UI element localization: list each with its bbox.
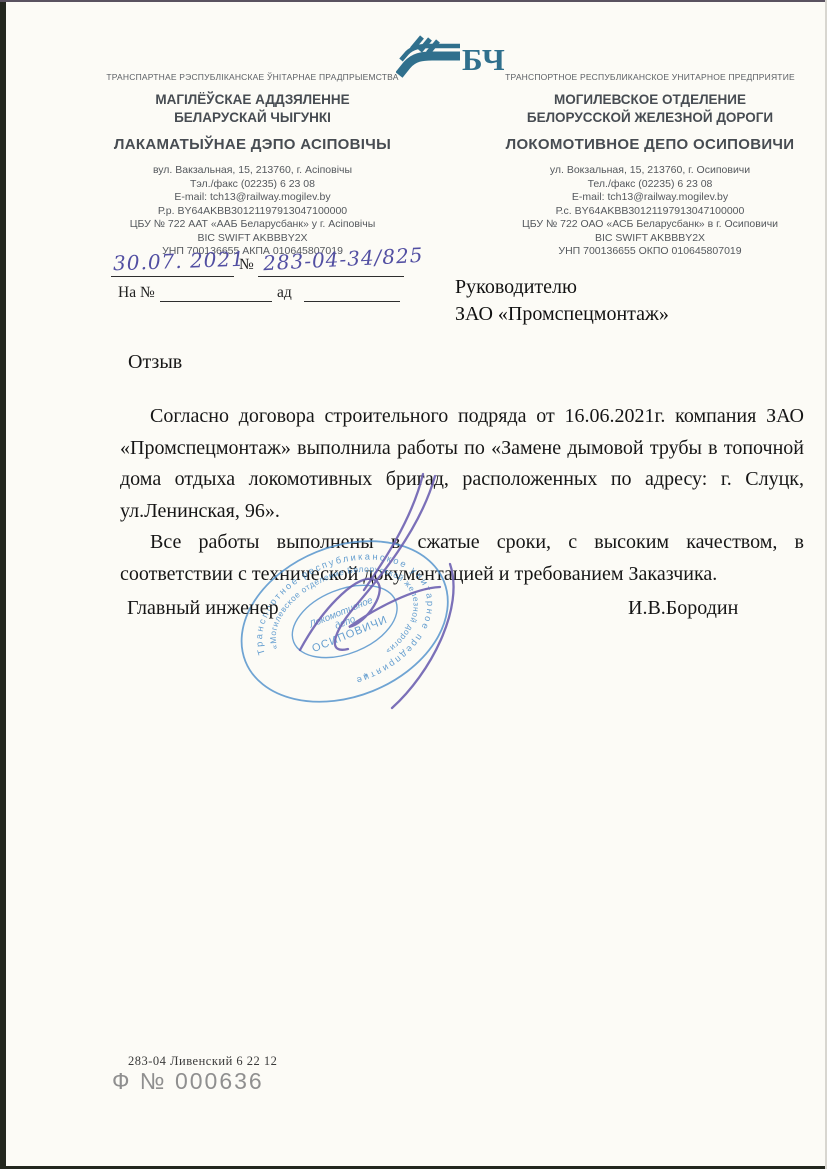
division-right-line2: БЕЛОРУССКОЙ ЖЕЛЕЗНОЙ ДОРОГИ bbox=[475, 109, 825, 127]
address-line: Тэл./факс (02235) 6 23 08 bbox=[70, 178, 435, 192]
address-line: E-mail: tch13@railway.mogilev.by bbox=[475, 191, 825, 205]
address-line: Тел./факс (02235) 6 23 08 bbox=[475, 178, 825, 192]
number-sign-label: № bbox=[239, 256, 254, 274]
address-line: Р.с. BY64AKBB30121197913047100000 bbox=[475, 205, 825, 219]
scan-edge-top bbox=[0, 0, 827, 2]
division-right-line1: МОГИЛЕВСКОЕ ОТДЕЛЕНИЕ bbox=[475, 91, 825, 109]
reply-number-underline bbox=[160, 301, 272, 302]
form-number: Ф № 000636 bbox=[112, 1068, 264, 1095]
org-type-right: ТРАНСПОРТНОЕ РЕСПУБЛИКАНСКОЕ УНИТАРНОЕ П… bbox=[475, 72, 825, 82]
signer-name: И.В.Бородин bbox=[628, 597, 738, 620]
handwritten-signature bbox=[278, 468, 503, 716]
address-line: ЦБУ № 722 ААТ «ААБ Беларусбанк» у г. Асі… bbox=[70, 218, 435, 232]
address-line: BIC SWIFT AKBBBY2X bbox=[70, 232, 435, 246]
depot-name-left: ЛАКАМАТЫЎНАЕ ДЭПО АСІПОВІЧЫ bbox=[70, 136, 435, 153]
division-right: МОГИЛЕВСКОЕ ОТДЕЛЕНИЕ БЕЛОРУССКОЙ ЖЕЛЕЗН… bbox=[475, 91, 825, 127]
depot-name-right: ЛОКОМОТИВНОЕ ДЕПО ОСИПОВИЧИ bbox=[475, 136, 825, 153]
signer-position: Главный инженер bbox=[127, 597, 279, 620]
handwritten-date: 30.07. 2021 bbox=[113, 247, 246, 276]
division-left-line2: БЕЛАРУСКАЙ ЧЫГУНКІ bbox=[70, 109, 435, 127]
executor-note: 283-04 Ливенский 6 22 12 bbox=[128, 1054, 277, 1069]
addressee-title: Руководителю bbox=[455, 274, 669, 301]
address-line: ЦБУ № 722 ОАО «АСБ Беларусбанк» в г. Оси… bbox=[475, 218, 825, 232]
address-line: ул. Вокзальная, 15, 213760, г. Осиповичи bbox=[475, 164, 825, 178]
addressee-company: ЗАО «Промспецмонтаж» bbox=[455, 301, 669, 328]
division-left-line1: МАГІЛЁЎСКАЕ АДДЗЯЛЕННЕ bbox=[70, 91, 435, 109]
scanned-letter-page: БЧ ТРАНСПАРТНАЕ РЭСПУБЛІКАНСКАЕ ЎНІТАРНА… bbox=[0, 0, 827, 1169]
address-line: BIC SWIFT AKBBBY2X bbox=[475, 232, 825, 246]
reply-date-underline bbox=[304, 301, 400, 302]
letterhead-left-column: ТРАНСПАРТНАЕ РЭСПУБЛІКАНСКАЕ ЎНІТАРНАЕ П… bbox=[70, 72, 435, 259]
scan-edge-left bbox=[0, 0, 6, 1169]
org-type-left: ТРАНСПАРТНАЕ РЭСПУБЛІКАНСКАЕ ЎНІТАРНАЕ П… bbox=[70, 72, 435, 82]
division-left: МАГІЛЁЎСКАЕ АДДЗЯЛЕННЕ БЕЛАРУСКАЙ ЧЫГУНК… bbox=[70, 91, 435, 127]
logo-text: БЧ bbox=[462, 44, 506, 75]
addressee-block: Руководителю ЗАО «Промспецмонтаж» bbox=[455, 274, 669, 328]
letterhead-right-column: ТРАНСПОРТНОЕ РЕСПУБЛИКАНСКОЕ УНИТАРНОЕ П… bbox=[475, 72, 825, 259]
address-line: E-mail: tch13@railway.mogilev.by bbox=[70, 191, 435, 205]
document-title: Отзыв bbox=[128, 351, 182, 374]
number-underline bbox=[258, 276, 404, 277]
reply-to-label: На № bbox=[118, 284, 155, 302]
address-line: вул. Вакзальная, 15, 213760, г. Асіповіч… bbox=[70, 164, 435, 178]
reply-from-label: ад bbox=[277, 284, 292, 302]
address-line: Р.р. BY64AKBB30121197913047100000 bbox=[70, 205, 435, 219]
address-block-right: ул. Вокзальная, 15, 213760, г. Осиповичи… bbox=[475, 164, 825, 259]
date-underline bbox=[111, 276, 234, 277]
address-line: УНП 700136655 ОКПО 010645807019 bbox=[475, 245, 825, 259]
